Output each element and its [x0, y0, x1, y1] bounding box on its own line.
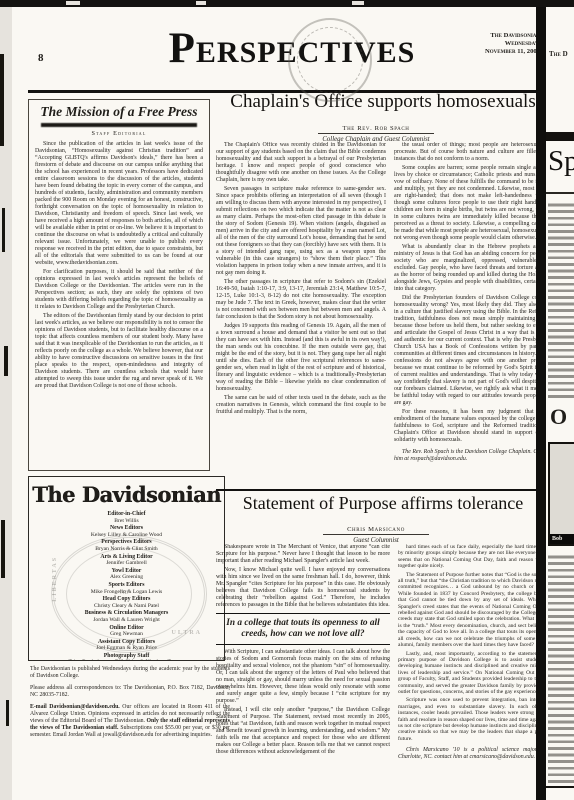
masthead-title: The Davidsonian	[29, 482, 224, 507]
mission-kicker: Staff Editorial	[35, 130, 203, 137]
dateline-paper: The Davidsonian	[404, 32, 540, 40]
college-seal-stamp-icon	[288, 18, 372, 102]
staff-role: Perspectives Editors	[29, 539, 224, 546]
statement-article-body: Shakespeare wrote in The Merchant of Ven…	[216, 544, 552, 800]
adjacent-headline-bar	[546, 132, 574, 141]
scan-artifact	[6, 700, 9, 726]
mission-paragraph: For clarification purposes, it should be…	[35, 269, 203, 311]
statement-top-rule	[216, 489, 550, 491]
adjacent-photo-caption-fragment: Bob	[550, 534, 574, 544]
scan-artifact	[0, 54, 4, 146]
chaplain-paragraph: The same can be said of other texts used…	[216, 395, 386, 416]
staff-names: Greg Newman	[29, 631, 224, 637]
chaplain-column-1: The Chaplain's Office was recently chide…	[216, 142, 386, 466]
statement-column-2: hard times each of us face daily, especi…	[398, 544, 552, 800]
staff-role: Assistant Copy Editors	[29, 639, 224, 646]
adjacent-bottom-rule	[546, 786, 574, 788]
scan-artifact	[196, 1, 206, 5]
chaplain-paragraph: The Chaplain's Office was recently chide…	[216, 142, 386, 184]
statement-byline-role: Guest Columnist	[226, 537, 526, 544]
adjacent-dropcap-fragment: O	[550, 404, 567, 430]
staff-role: Editor-in-Chief	[29, 511, 224, 518]
adjacent-masthead-fragment: The D	[549, 50, 568, 58]
staff-names: Bret Willis	[29, 518, 224, 524]
chaplain-byline: The Rev. Rob Spach College Chaplain and …	[226, 117, 526, 143]
email-line: E-mail Davidsonian@davidson.edu.	[30, 704, 120, 710]
adjacent-text-lines	[548, 554, 574, 784]
scan-artifact	[66, 1, 80, 5]
publication-info-paragraph: E-mail Davidsonian@davidson.edu. Our off…	[30, 704, 230, 739]
statement-paragraph: The Statement of Purpose further notes t…	[398, 572, 552, 649]
staff-names: Kelsey Lilley & Caroline Wood	[29, 532, 224, 538]
scan-top-edge	[0, 0, 574, 7]
staff-role: Online Editor	[29, 625, 224, 632]
staff-names: Mike Frongello & Logan Lewis	[29, 589, 224, 595]
statement-paragraph: Shakespeare wrote in The Merchant of Ven…	[216, 544, 390, 565]
scan-artifact	[352, 1, 364, 5]
staff-names: Alex Greening	[29, 574, 224, 580]
dateline-date: November 11, 2009	[404, 48, 540, 56]
adjacent-photo: Bob	[548, 442, 574, 546]
staff-names: Christy Cleary & Nami Patel	[29, 603, 224, 609]
statement-signature: Chris Marsicano '10 is a political scien…	[398, 747, 552, 761]
chaplain-paragraph: Seven passages in scripture make referen…	[216, 186, 386, 277]
statement-paragraph: Instead, I will cite only another “purpo…	[216, 707, 390, 756]
staff-names: Tripp Bartholomew, Bill Giduz & Nicolett…	[29, 659, 224, 661]
staff-role: Business & Circulation Managers	[29, 610, 224, 617]
statement-byline-name: Chris Marsicano	[323, 526, 429, 535]
statement-paragraph: hard times each of us face daily, especi…	[398, 544, 552, 570]
chaplain-headline: Chaplain's Office supports homosexuals	[216, 91, 550, 113]
adjacent-rule	[546, 192, 574, 194]
chaplain-column-2: the usual order of things; most people a…	[394, 142, 552, 466]
chaplain-paragraph: The other passages in scripture that ref…	[216, 279, 386, 321]
statement-headline: Statement of Purpose affirms tolerance	[216, 493, 550, 514]
staff-editorial-article: The Mission of a Free Press Staff Editor…	[28, 99, 210, 471]
scan-artifact	[2, 208, 5, 252]
statement-byline: Chris Marsicano Guest Columnist	[226, 518, 526, 544]
page-number: 8	[38, 52, 44, 64]
mission-paragraph: Since the publication of the articles in…	[35, 141, 203, 267]
chaplain-paragraph: Judges 19 supports this reading of Genes…	[216, 323, 386, 393]
staff-role: News Editors	[29, 525, 224, 532]
staff-names: Jennifer Gambrell	[29, 560, 224, 566]
chaplain-signature: The Rev. Rob Spach is the Davidson Colle…	[394, 449, 552, 463]
masthead-box: LIBERTAS ULTRA NE The Davidsonian Editor…	[28, 476, 225, 661]
chaplain-paragraph: What is abundantly clear in the Hebrew p…	[394, 244, 552, 293]
chaplain-paragraph: Some couples are barren; some people rem…	[394, 165, 552, 242]
mission-headline: The Mission of a Free Press	[35, 104, 203, 120]
staff-names: Joel Eggman & Ryan Price	[29, 645, 224, 651]
page-fold-shadow	[536, 4, 546, 800]
chaplain-paragraph: For these reasons, it has been my judgme…	[394, 409, 552, 444]
dateline-day: Wednesday,	[404, 40, 540, 48]
pull-quote: In a college that touts its openness to …	[216, 613, 390, 645]
publication-info-paragraph: Please address all correspondences to: T…	[30, 685, 230, 699]
publication-info-paragraph: The Davidsonian is published Wednesdays …	[30, 666, 230, 680]
staff-role: Head Copy Editors	[29, 596, 224, 603]
chaplain-byline-name: The Rev. Rob Spach	[318, 125, 433, 134]
adjacent-headline-fragment: Sp	[548, 145, 574, 178]
chaplain-paragraph: Did the Presbyterian founders of Davidso…	[394, 295, 552, 407]
adjacent-page-sliver: The D Sp O Bob	[546, 6, 574, 800]
staff-role: Sports Editors	[29, 582, 224, 589]
scan-artifact	[1, 520, 5, 578]
staff-names: Jordan Wall & Lauren Wright	[29, 617, 224, 623]
staff-role: Photography Staff	[29, 653, 224, 660]
decorative-rule	[41, 123, 197, 127]
statement-paragraph: Now, I know Michael quite well. I have e…	[216, 567, 390, 609]
chaplain-paragraph: the usual order of things; most people a…	[394, 142, 552, 163]
chaplain-article-body: The Chaplain's Office was recently chide…	[216, 142, 552, 466]
publication-info: The Davidsonian is published Wednesdays …	[30, 666, 230, 744]
adjacent-text-lines	[548, 202, 574, 400]
scanned-newspaper-page: 8 Perspectives The Davidsonian Wednesday…	[0, 0, 574, 800]
statement-column-1: Shakespeare wrote in The Merchant of Ven…	[216, 544, 390, 800]
staff-role: Yowl Editor	[29, 568, 224, 575]
statement-paragraph: With Scripture, I can substantiate other…	[216, 649, 390, 705]
mission-paragraph: The editors of the Davidsonian firmly st…	[35, 313, 203, 390]
newspaper-main-page: 8 Perspectives The Davidsonian Wednesday…	[12, 6, 536, 800]
dateline: The Davidsonian Wednesday, November 11, …	[404, 32, 540, 56]
scan-artifact	[4, 346, 8, 376]
staff-names: Bryan Norris & Clint Smith	[29, 546, 224, 552]
statement-paragraph: Lastly, and, most importantly, according…	[398, 651, 552, 696]
statement-paragraph: Scripture was once used to prevent integ…	[398, 697, 552, 742]
